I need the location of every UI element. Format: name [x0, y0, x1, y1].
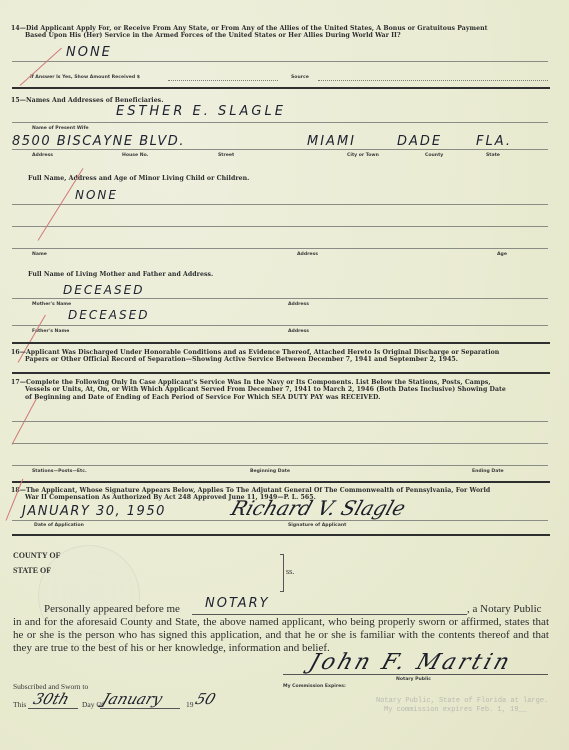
street-label: Street [218, 153, 234, 158]
q14-question: 14—Did Applicant Apply For, or Receive F… [11, 25, 559, 40]
q16-number: 16— [11, 349, 26, 356]
commission-expires-label: My Commission Expires: [283, 684, 346, 689]
address-line [12, 149, 548, 150]
q17-line-1[interactable] [12, 421, 548, 422]
date-of-application-label: Date of Application [34, 523, 84, 528]
mother-line [12, 298, 548, 299]
q14-source-field[interactable] [318, 80, 548, 81]
county-label: County [425, 153, 443, 158]
father-value: DECEASED [68, 308, 149, 322]
notary-signature-line [283, 674, 548, 675]
mother-address-label: Address [288, 302, 309, 307]
q14-answer: NONE [66, 45, 112, 60]
children-line-1 [12, 204, 548, 205]
child-address-label: Address [297, 252, 318, 257]
wife-name-value: ESTHER E. SLAGLE [116, 104, 286, 119]
children-line-2 [12, 226, 548, 227]
mother-label: Mother's Name [32, 302, 71, 307]
q16-statement: 16—Applicant Was Discharged Under Honora… [11, 349, 559, 364]
wife-name-line [12, 122, 548, 123]
application-page: 14—Did Applicant Apply For, or Receive F… [0, 0, 569, 750]
q14-line2: Based Upon His (Her) Service in the Arme… [11, 32, 559, 39]
q18-line1: The Applicant, Whose Signature Appears B… [26, 487, 490, 494]
section-divider [12, 534, 550, 536]
q14-line1: Did Applicant Apply For, or Receive From… [26, 25, 488, 32]
appeared-prefix: Personally appeared before me [44, 603, 180, 615]
city-label: City or Town [347, 153, 379, 158]
q17-line3: of Beginning and Date of Ending of Each … [11, 394, 559, 401]
father-label: Father's Name [32, 329, 69, 334]
q14-number: 14— [11, 25, 26, 32]
q16-line1: Applicant Was Discharged Under Honorable… [26, 349, 499, 356]
father-address-label: Address [288, 329, 309, 334]
application-date-value: JANUARY 30, 1950 [22, 504, 166, 519]
county-value: DADE [397, 134, 442, 149]
state-value: FLA. [476, 134, 512, 149]
q14-answer-line [12, 61, 548, 62]
q14-source-label: Source [291, 75, 309, 80]
month-value: January [100, 690, 165, 708]
wife-name-label: Name of Present Wife [32, 126, 89, 131]
ss-label: ss. [286, 567, 294, 576]
section-divider [12, 342, 550, 344]
day-value: 30th [31, 690, 72, 708]
father-line [12, 325, 548, 326]
notary-stamp-line2: My commission expires Feb. 1, 19__ [384, 706, 527, 714]
state-label: State [486, 153, 500, 158]
year-value: 50 [193, 690, 218, 708]
county-of-label: COUNTY OF [13, 551, 60, 560]
house-no-label: House No. [122, 153, 148, 158]
section-divider [12, 481, 550, 483]
children-heading: Full Name, Address and Age of Minor Livi… [28, 175, 249, 182]
address-value: 8500 BISCAYNE BLVD. [12, 134, 185, 149]
review-check-mark [20, 48, 62, 86]
address-label: Address [32, 153, 53, 158]
notary-stamp-line1: Notary Public, State of Florida at large… [376, 697, 548, 705]
city-value: MIAMI [307, 134, 356, 149]
q14-amount-label: If Answer Is Yes, Show Amount Received $ [30, 75, 140, 80]
signature-of-applicant-label: Signature of Applicant [288, 523, 346, 528]
month-line [100, 708, 180, 709]
q17-line-3[interactable] [12, 465, 548, 466]
ending-date-label: Ending Date [472, 469, 504, 474]
q17-line-2[interactable] [12, 443, 548, 444]
day-line [28, 708, 78, 709]
this-label: This [13, 700, 26, 709]
q14-amount-field[interactable] [168, 80, 278, 81]
signature-line [12, 520, 548, 521]
notary-signature: John F. Martin [306, 650, 516, 675]
applicant-signature: Richard V. Slagle [228, 496, 409, 520]
state-of-label: STATE OF [13, 566, 51, 575]
appeared-suffix: , a Notary Public [467, 603, 542, 615]
q17-question: 17—Complete the Following Only In Case A… [11, 379, 559, 401]
mother-value: DECEASED [63, 283, 144, 297]
child-age-label: Age [497, 252, 507, 257]
child-name-label: Name [32, 252, 47, 257]
parents-heading: Full Name of Living Mother and Father an… [28, 271, 213, 278]
q17-number: 17— [11, 379, 26, 386]
appeared-line [192, 614, 467, 615]
stations-label: Stations—Posts—Etc. [32, 469, 87, 474]
notary-public-label: Notary Public [396, 677, 431, 682]
children-line-3 [12, 248, 548, 249]
appeared-value: NOTARY [205, 596, 270, 611]
q16-line2: Papers or Other Official Record of Separ… [11, 356, 559, 363]
q17-line1: Complete the Following Only In Case Appl… [26, 379, 491, 386]
ss-bracket [280, 554, 284, 592]
children-value: NONE [75, 188, 118, 202]
beginning-date-label: Beginning Date [250, 469, 290, 474]
section-divider [12, 372, 550, 374]
section-divider [12, 87, 550, 89]
q17-line2: Vessels or Units, At, On, or With Which … [11, 386, 559, 393]
